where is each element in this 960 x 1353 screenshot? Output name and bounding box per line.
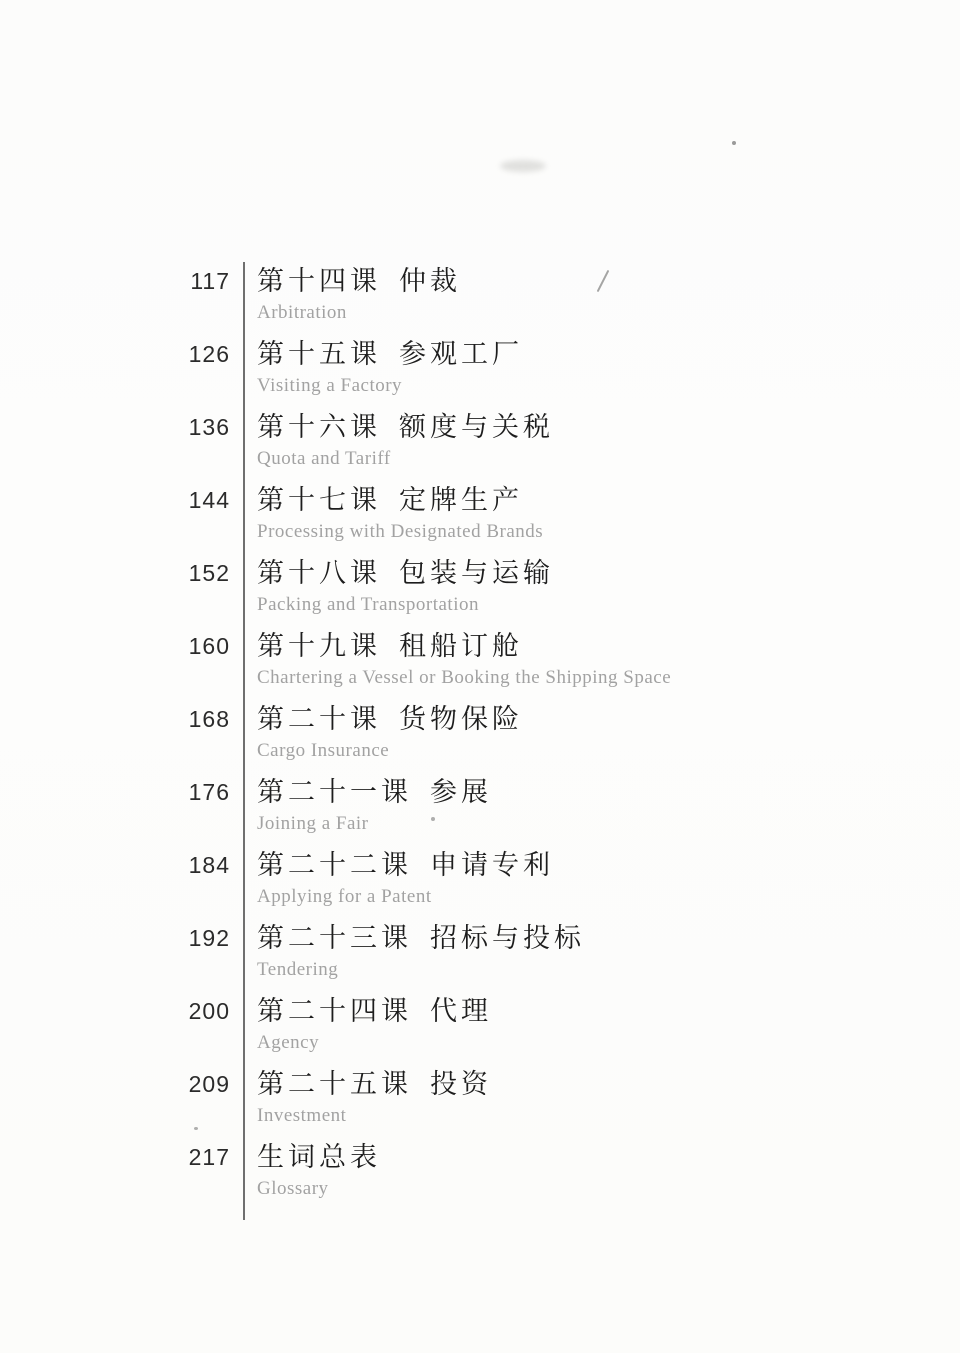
toc-page-number: 126 bbox=[170, 337, 244, 397]
toc-entry-titles: 第十七课定牌生产 Processing with Designated Bran… bbox=[244, 483, 543, 543]
lesson-label: 生词总表 bbox=[257, 1142, 381, 1172]
toc-title-en: Quota and Tariff bbox=[257, 447, 554, 470]
lesson-label: 第十五课 bbox=[257, 339, 381, 369]
toc-title-zh: 第二十课货物保险 bbox=[257, 702, 523, 736]
lesson-label: 第二十二课 bbox=[257, 850, 412, 880]
toc-title-en: Investment bbox=[257, 1104, 492, 1127]
toc-title-en: Packing and Transportation bbox=[257, 593, 554, 616]
toc-title-zh: 第二十一课参展 bbox=[257, 775, 492, 809]
toc-title-zh: 第十九课租船订舱 bbox=[257, 629, 671, 663]
toc-title-en: Processing with Designated Brands bbox=[257, 520, 543, 543]
lesson-topic: 定牌生产 bbox=[399, 485, 523, 515]
lesson-topic: 投资 bbox=[430, 1069, 492, 1099]
toc-entry-titles: 生词总表 Glossary bbox=[244, 1140, 399, 1200]
toc-entry: 200 第二十四课代理 Agency bbox=[170, 994, 671, 1054]
toc-entry: 152 第十八课包装与运输 Packing and Transportation bbox=[170, 556, 671, 616]
toc-entry: 160 第十九课租船订舱 Chartering a Vessel or Book… bbox=[170, 629, 671, 689]
lesson-topic: 货物保险 bbox=[399, 704, 523, 734]
toc-entry: 176 第二十一课参展 Joining a Fair bbox=[170, 775, 671, 835]
lesson-label: 第十四课 bbox=[257, 266, 381, 296]
toc-entry-titles: 第十六课额度与关税 Quota and Tariff bbox=[244, 410, 554, 470]
toc-title-en: Cargo Insurance bbox=[257, 739, 523, 762]
toc-title-en: Joining a Fair bbox=[257, 812, 492, 835]
toc-title-zh: 第二十三课招标与投标 bbox=[257, 921, 585, 955]
toc-entry-titles: 第十四课仲裁 Arbitration bbox=[244, 264, 461, 324]
lesson-label: 第十八课 bbox=[257, 558, 381, 588]
lesson-label: 第十七课 bbox=[257, 485, 381, 515]
toc-title-en: Tendering bbox=[257, 958, 585, 981]
lesson-label: 第二十三课 bbox=[257, 923, 412, 953]
toc-title-en: Chartering a Vessel or Booking the Shipp… bbox=[257, 666, 671, 689]
scan-smudge-artifact bbox=[500, 160, 546, 172]
toc-title-zh: 生词总表 bbox=[257, 1140, 399, 1174]
toc-title-en: Arbitration bbox=[257, 301, 461, 324]
lesson-topic: 参观工厂 bbox=[399, 339, 523, 369]
lesson-topic: 代理 bbox=[430, 996, 492, 1026]
lesson-label: 第二十四课 bbox=[257, 996, 412, 1026]
toc-entry: 126 第十五课参观工厂 Visiting a Factory bbox=[170, 337, 671, 397]
lesson-label: 第十九课 bbox=[257, 631, 381, 661]
lesson-label: 第二十课 bbox=[257, 704, 381, 734]
toc-page-number: 117 bbox=[170, 264, 244, 324]
toc-page-number: 217 bbox=[170, 1140, 244, 1200]
scan-dot-artifact bbox=[732, 141, 736, 145]
lesson-topic: 仲裁 bbox=[399, 266, 461, 296]
toc-page-number: 168 bbox=[170, 702, 244, 762]
toc-title-zh: 第十六课额度与关税 bbox=[257, 410, 554, 444]
table-of-contents: 117 第十四课仲裁 Arbitration 126 第十五课参观工厂 Visi… bbox=[170, 264, 671, 1213]
toc-title-en: Applying for a Patent bbox=[257, 885, 554, 908]
toc-entry: 168 第二十课货物保险 Cargo Insurance bbox=[170, 702, 671, 762]
vertical-rule bbox=[243, 262, 245, 1220]
toc-entry-titles: 第二十二课申请专利 Applying for a Patent bbox=[244, 848, 554, 908]
lesson-label: 第二十一课 bbox=[257, 777, 412, 807]
toc-entry: 136 第十六课额度与关税 Quota and Tariff bbox=[170, 410, 671, 470]
toc-page-number: 144 bbox=[170, 483, 244, 543]
lesson-topic: 参展 bbox=[430, 777, 492, 807]
toc-entry-titles: 第二十一课参展 Joining a Fair bbox=[244, 775, 492, 835]
toc-page-number: 136 bbox=[170, 410, 244, 470]
toc-entry-titles: 第二十四课代理 Agency bbox=[244, 994, 492, 1054]
toc-page-number: 209 bbox=[170, 1067, 244, 1127]
toc-title-zh: 第十八课包装与运输 bbox=[257, 556, 554, 590]
lesson-label: 第二十五课 bbox=[257, 1069, 412, 1099]
toc-entry: 184 第二十二课申请专利 Applying for a Patent bbox=[170, 848, 671, 908]
toc-title-zh: 第十七课定牌生产 bbox=[257, 483, 543, 517]
toc-page-number: 184 bbox=[170, 848, 244, 908]
toc-title-zh: 第二十四课代理 bbox=[257, 994, 492, 1028]
toc-title-en: Glossary bbox=[257, 1177, 399, 1200]
toc-page-number: 192 bbox=[170, 921, 244, 981]
toc-page-number: 152 bbox=[170, 556, 244, 616]
toc-title-zh: 第二十二课申请专利 bbox=[257, 848, 554, 882]
toc-title-zh: 第十五课参观工厂 bbox=[257, 337, 523, 371]
toc-entry-titles: 第二十三课招标与投标 Tendering bbox=[244, 921, 585, 981]
toc-entry-titles: 第二十五课投资 Investment bbox=[244, 1067, 492, 1127]
toc-entry: 117 第十四课仲裁 Arbitration bbox=[170, 264, 671, 324]
toc-title-zh: 第二十五课投资 bbox=[257, 1067, 492, 1101]
lesson-topic: 租船订舱 bbox=[399, 631, 523, 661]
toc-entry: 209 第二十五课投资 Investment bbox=[170, 1067, 671, 1127]
toc-page-number: 200 bbox=[170, 994, 244, 1054]
lesson-topic: 招标与投标 bbox=[430, 923, 585, 953]
toc-entry-titles: 第十五课参观工厂 Visiting a Factory bbox=[244, 337, 523, 397]
toc-title-en: Visiting a Factory bbox=[257, 374, 523, 397]
toc-entry-titles: 第十九课租船订舱 Chartering a Vessel or Booking … bbox=[244, 629, 671, 689]
lesson-topic: 包装与运输 bbox=[399, 558, 554, 588]
toc-title-en: Agency bbox=[257, 1031, 492, 1054]
toc-entry: 192 第二十三课招标与投标 Tendering bbox=[170, 921, 671, 981]
toc-entry: 144 第十七课定牌生产 Processing with Designated … bbox=[170, 483, 671, 543]
toc-entry-titles: 第十八课包装与运输 Packing and Transportation bbox=[244, 556, 554, 616]
lesson-label: 第十六课 bbox=[257, 412, 381, 442]
lesson-topic: 额度与关税 bbox=[399, 412, 554, 442]
toc-page-number: 176 bbox=[170, 775, 244, 835]
toc-title-zh: 第十四课仲裁 bbox=[257, 264, 461, 298]
toc-entry-titles: 第二十课货物保险 Cargo Insurance bbox=[244, 702, 523, 762]
toc-page-number: 160 bbox=[170, 629, 244, 689]
toc-entry: 217 生词总表 Glossary bbox=[170, 1140, 671, 1200]
lesson-topic: 申请专利 bbox=[430, 850, 554, 880]
scanned-toc-page: 117 第十四课仲裁 Arbitration 126 第十五课参观工厂 Visi… bbox=[0, 0, 960, 1353]
